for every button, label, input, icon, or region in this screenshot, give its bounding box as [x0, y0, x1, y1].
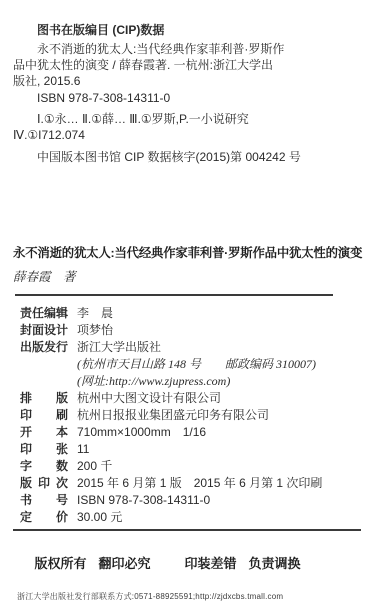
cip-description-line: 永不消逝的犹太人:当代经典作家菲利普·罗斯作: [37, 41, 361, 57]
info-row-printing: 印 刷 杭州日报报业集团盛元印务有限公司: [20, 407, 361, 424]
cip-record-number: 中国版本图书馆 CIP 数据核字(2015)第 004242 号: [37, 149, 361, 165]
info-row-word-count: 字 数 200 千: [20, 458, 361, 475]
info-row-publisher: 出版发行 浙江大学出版社: [20, 339, 361, 356]
info-row-editor: 责任编辑 李 晨: [20, 305, 361, 322]
info-label: 出版发行: [20, 339, 68, 356]
cip-isbn: ISBN 978-7-308-14311-0: [37, 90, 361, 106]
info-label: [20, 356, 68, 373]
cip-classification: Ⅰ.①永… Ⅱ.①薛… Ⅲ.①罗斯,P.一小说研究 Ⅳ.①I712.074: [13, 111, 361, 143]
notice-phrase: 翻印必究: [98, 556, 150, 571]
cip-classification-line: Ⅳ.①I712.074: [13, 127, 361, 143]
info-label: 责任编辑: [20, 305, 68, 322]
info-label: 印 张: [20, 441, 68, 458]
publication-info: 责任编辑 李 晨 封面设计 项梦怡 出版发行 浙江大学出版社 (杭州市天目山路 …: [13, 305, 361, 526]
publisher-url: (网址:http://www.zjupress.com): [77, 373, 230, 390]
info-value: 11: [77, 441, 89, 458]
info-value: ISBN 978-7-308-14311-0: [77, 492, 210, 509]
info-value: 杭州中大图文设计有限公司: [77, 390, 221, 407]
notice-phrase: 版权所有: [34, 556, 86, 571]
info-label: 字 数: [20, 458, 68, 475]
info-row-sheets: 印 张 11: [20, 441, 361, 458]
cip-description: 永不消逝的犹太人:当代经典作家菲利普·罗斯作 品中犹太性的演变 / 薛春霞著. …: [13, 41, 361, 89]
cip-description-line: 版社, 2015.6: [13, 73, 361, 89]
info-row-publisher-address: (杭州市天目山路 148 号 邮政编码 310007): [20, 356, 361, 373]
publisher-contact: 浙江大学出版社发行部联系方式:0571-88925591;http://zjdx…: [13, 591, 361, 602]
info-row-book-number: 书 号 ISBN 978-7-308-14311-0: [20, 492, 361, 509]
info-label: 定 价: [20, 509, 68, 526]
info-label: 封面设计: [20, 322, 68, 339]
book-author: 薛春霞 著: [13, 269, 361, 285]
info-label: 印 刷: [20, 407, 68, 424]
info-row-typesetting: 排 版 杭州中大图文设计有限公司: [20, 390, 361, 407]
info-label: 排 版: [20, 390, 68, 407]
info-label: 版 印 次: [20, 475, 68, 492]
info-value: 杭州日报报业集团盛元印务有限公司: [77, 407, 269, 424]
info-row-price: 定 价 30.00 元: [20, 509, 361, 526]
info-row-publisher-url: (网址:http://www.zjupress.com): [20, 373, 361, 390]
publisher-address: (杭州市天目山路 148 号 邮政编码 310007): [77, 356, 316, 373]
divider-bottom: [13, 529, 361, 531]
info-value: 710mm×1000mm 1/16: [77, 424, 206, 441]
notice-phrase: 负责调换: [249, 556, 301, 571]
info-value: 200 千: [77, 458, 112, 475]
info-label: [20, 373, 68, 390]
info-row-cover-design: 封面设计 项梦怡: [20, 322, 361, 339]
cip-description-line: 品中犹太性的演变 / 薛春霞著. 一杭州:浙江大学出: [13, 57, 361, 73]
book-title: 永不消逝的犹太人:当代经典作家菲利普·罗斯作品中犹太性的演变: [13, 244, 361, 262]
info-value: 30.00 元: [77, 509, 122, 526]
info-row-format: 开 本 710mm×1000mm 1/16: [20, 424, 361, 441]
info-value: 项梦怡: [77, 322, 113, 339]
divider-top: [15, 294, 333, 296]
info-value: 浙江大学出版社: [77, 339, 161, 356]
cip-classification-line: Ⅰ.①永… Ⅱ.①薛… Ⅲ.①罗斯,P.一小说研究: [37, 111, 361, 127]
cip-heading: 图书在版编目 (CIP)数据: [37, 22, 361, 38]
info-label: 书 号: [20, 492, 68, 509]
book-copyright-page: 图书在版编目 (CIP)数据 永不消逝的犹太人:当代经典作家菲利普·罗斯作 品中…: [0, 0, 375, 610]
info-label: 开 本: [20, 424, 68, 441]
copyright-notice: 版权所有翻印必究印装差错负责调换: [13, 540, 361, 588]
title-block: 永不消逝的犹太人:当代经典作家菲利普·罗斯作品中犹太性的演变 薛春霞 著: [13, 244, 361, 285]
info-value: 2015 年 6 月第 1 版 2015 年 6 月第 1 次印刷: [77, 475, 322, 492]
notice-phrase: 印装差错: [184, 556, 236, 571]
info-row-edition: 版 印 次 2015 年 6 月第 1 版 2015 年 6 月第 1 次印刷: [20, 475, 361, 492]
info-value: 李 晨: [77, 305, 113, 322]
